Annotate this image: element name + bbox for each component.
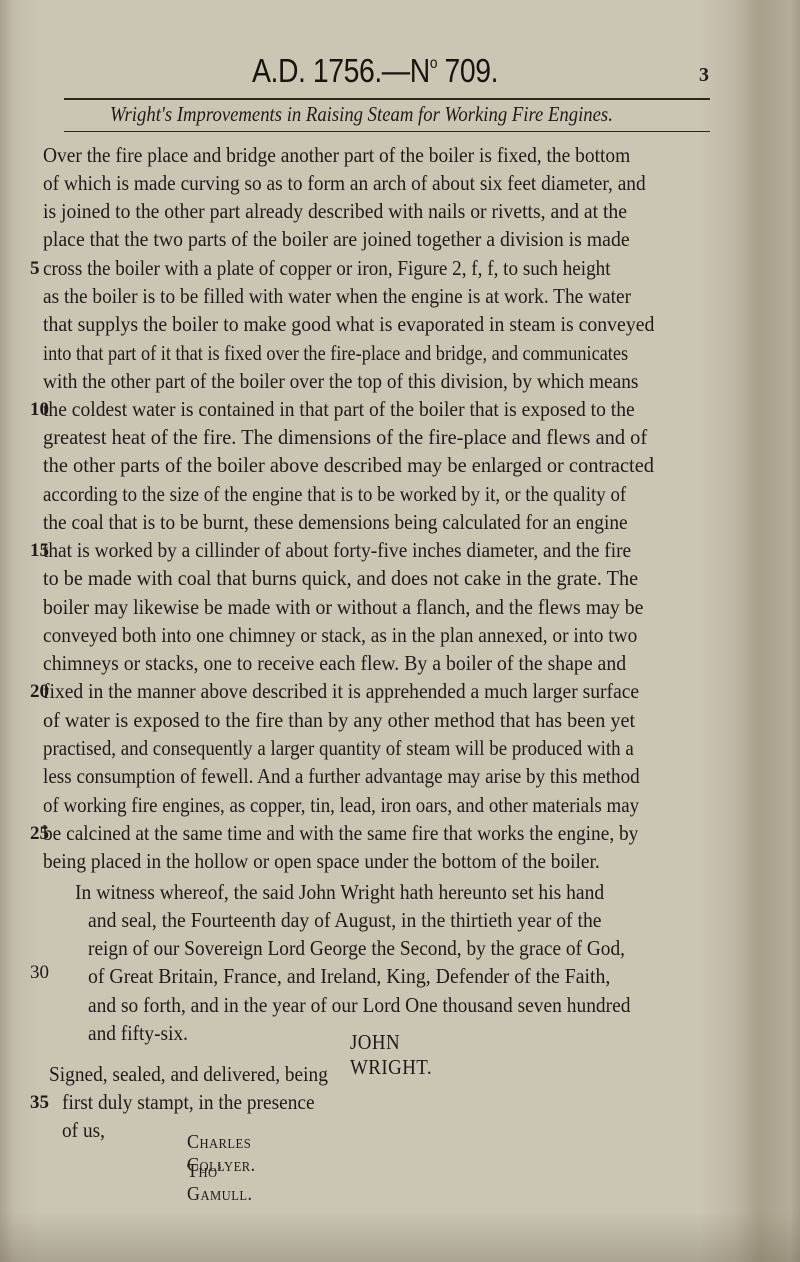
body-line: to be made with coal that burns quick, a… xyxy=(43,566,638,591)
body-line: Over the fire place and bridge another p… xyxy=(43,143,630,168)
body-line: of water is exposed to the fire than by … xyxy=(43,708,635,733)
testimonium-line: and fifty-six. xyxy=(88,1021,188,1046)
body-line: with the other part of the boiler over t… xyxy=(43,369,638,394)
body-line: is joined to the other part already desc… xyxy=(43,199,627,224)
body-line: less consumption of fewell. And a furthe… xyxy=(43,764,640,789)
body-line: practised, and consequently a larger qua… xyxy=(43,736,634,761)
page-number: 3 xyxy=(699,64,709,87)
line-number: 35 xyxy=(30,1092,49,1114)
attestation-line: of us, xyxy=(62,1118,105,1143)
patent-number-title: A.D. 1756.—No 709. xyxy=(252,52,498,90)
body-line: the coldest water is contained in that p… xyxy=(43,397,635,422)
line-number: 5 xyxy=(30,258,40,280)
witness-name: Thos Gamull. xyxy=(187,1160,252,1206)
body-line: place that the two parts of the boiler a… xyxy=(43,227,630,252)
body-line: being placed in the hollow or open space… xyxy=(43,849,600,874)
header-rule-bottom xyxy=(64,131,710,132)
signatory-name: JOHN WRIGHT. xyxy=(350,1030,432,1080)
line-number: 30 xyxy=(30,962,49,984)
body-line: fixed in the manner above described it i… xyxy=(43,679,639,704)
body-line: the other parts of the boiler above desc… xyxy=(43,453,654,478)
testimonium-line: reign of our Sovereign Lord George the S… xyxy=(88,936,625,961)
header-rule-top xyxy=(64,98,710,100)
body-line: chimneys or stacks, one to receive each … xyxy=(43,651,626,676)
body-line: be calcined at the same time and with th… xyxy=(43,821,638,846)
testimonium-line: In witness whereof, the said John Wright… xyxy=(75,880,604,905)
body-line: boiler may likewise be made with or with… xyxy=(43,595,643,620)
page-header: A.D. 1756.—No 709. 3 xyxy=(0,52,800,92)
running-title: Wright's Improvements in Raising Steam f… xyxy=(110,102,608,127)
body-line: of which is made curving so as to form a… xyxy=(43,171,646,196)
body-line: greatest heat of the fire. The dimension… xyxy=(43,425,647,450)
testimonium-line: and seal, the Fourteenth day of August, … xyxy=(88,908,602,933)
body-line: into that part of it that is fixed over … xyxy=(43,341,628,366)
body-line: cross the boiler with a plate of copper … xyxy=(43,256,611,281)
body-line: that is worked by a cillinder of about f… xyxy=(43,538,631,563)
testimonium-line: of Great Britain, France, and Ireland, K… xyxy=(88,964,610,989)
body-line: that supplys the boiler to make good wha… xyxy=(43,312,654,337)
attestation-line: Signed, sealed, and delivered, being xyxy=(49,1062,328,1087)
body-line: conveyed both into one chimney or stack,… xyxy=(43,623,637,648)
body-line: of working fire engines, as copper, tin,… xyxy=(43,793,639,818)
body-line: according to the size of the engine that… xyxy=(43,482,626,507)
testimonium-line: and so forth, and in the year of our Lor… xyxy=(88,993,631,1018)
body-line: as the boiler is to be filled with water… xyxy=(43,284,631,309)
attestation-line: first duly stampt, in the presence xyxy=(62,1090,315,1115)
body-line: the coal that is to be burnt, these deme… xyxy=(43,510,628,535)
document-page: A.D. 1756.—No 709. 3 Wright's Improvemen… xyxy=(0,0,800,1262)
